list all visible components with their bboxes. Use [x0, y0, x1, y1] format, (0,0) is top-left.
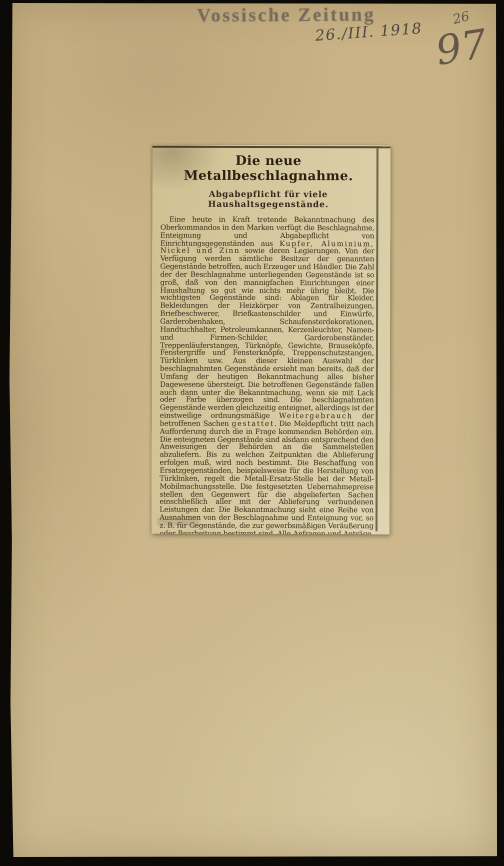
album-page: Vossische Zeitung 26./III. 1918 26 97 Di…	[9, 3, 497, 857]
column-rule	[375, 148, 378, 531]
pencil-signature-mark: 97	[433, 23, 490, 72]
clipping-top-rule	[153, 146, 391, 149]
scan-frame: Vossische Zeitung 26./III. 1918 26 97 Di…	[0, 0, 504, 866]
body-segment: sowie deren Legierungen. Von der Verfügu…	[160, 246, 374, 420]
article-headline: Die neue Metallbeschlagnahme.	[160, 154, 376, 185]
ink-bleed-smudge	[158, 518, 200, 526]
article-subheadline: Abgabepflicht für viele Haushaltsgegenst…	[160, 189, 376, 210]
newspaper-clipping: Die neue Metallbeschlagnahme. Abgabepfli…	[151, 145, 390, 535]
article-body: Eine heute in Kraft tretende Bekanntmach…	[159, 216, 374, 535]
